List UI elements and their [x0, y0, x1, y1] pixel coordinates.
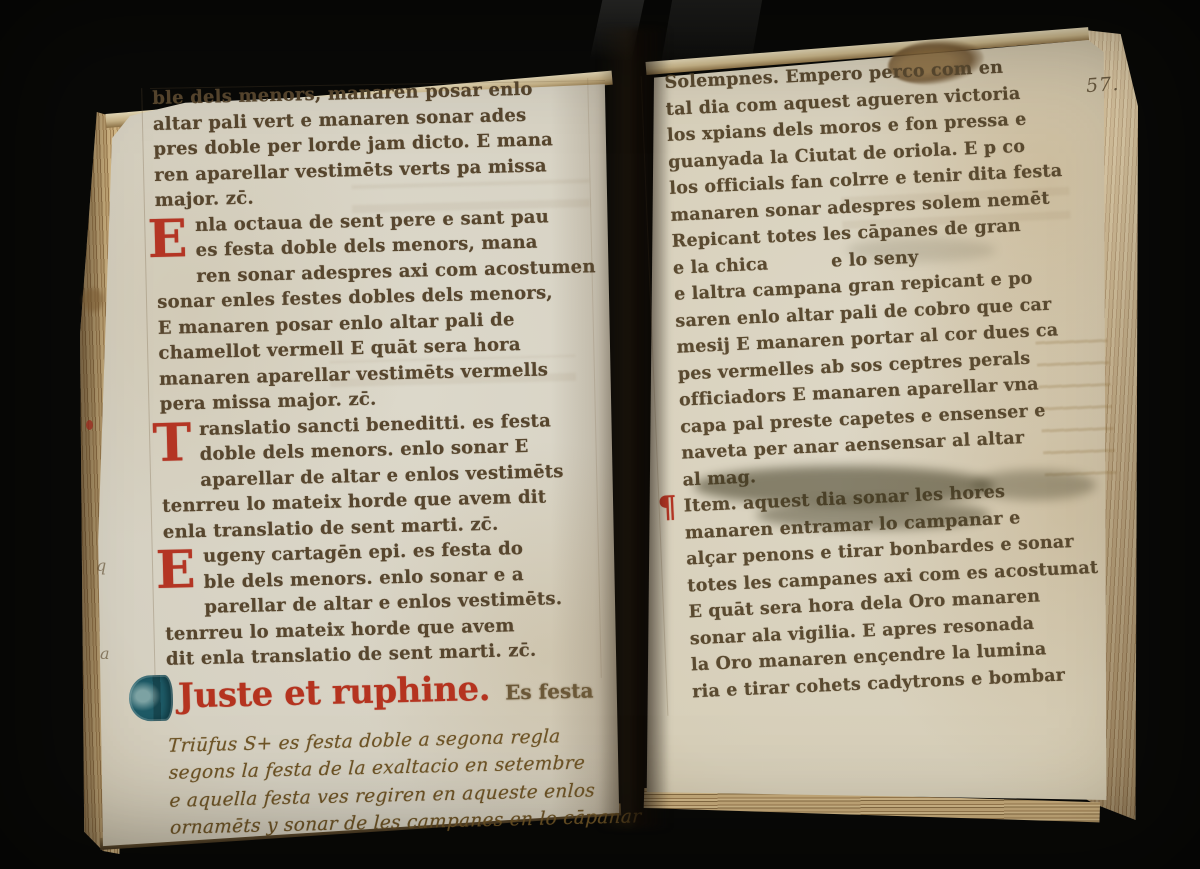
paragraph: E nla octaua de sent pere e sant paues f…	[155, 202, 618, 417]
red-ink-spot	[86, 420, 93, 430]
rubric-heading-line: Juste et ruphine. Es festa	[166, 663, 625, 722]
cursive-addition: Triūfus S+ es festa doble a segona regla…	[168, 721, 629, 842]
folio-number: 57.	[1085, 73, 1120, 97]
margin-mark: q	[96, 556, 106, 575]
paragraph: T ranslatio sancti beneditti. es festado…	[160, 406, 621, 545]
rubricated-initial: E	[155, 545, 204, 597]
rubricated-initial: E	[147, 213, 196, 265]
paragraph: ble dels menors, manaren posar enloaltar…	[152, 75, 613, 214]
paragraph: Solempnes. Empero perco com ental dia co…	[664, 50, 1119, 493]
book-gutter-shadow	[598, 28, 670, 828]
margin-mark: a	[100, 644, 110, 663]
ink-smudge	[972, 470, 1096, 500]
blue-ornament-icon	[128, 674, 173, 721]
manuscript-photograph: ble dels menors, manaren posar enloaltar…	[0, 0, 1200, 869]
right-page-text-block: Solempnes. Empero perco com ental dia co…	[664, 50, 1128, 705]
rubric-heading: Juste et ruphine.	[178, 668, 491, 716]
rubricated-initial: T	[152, 417, 200, 469]
rubric-suffix: Es festa	[505, 678, 594, 704]
parchment-stain	[80, 285, 106, 315]
ink-smudge	[756, 500, 990, 530]
left-page-text-block: ble dels menors, manaren posar enloaltar…	[152, 75, 628, 842]
paragraph: E ugeny cartagēn epi. es festa doble del…	[163, 534, 624, 673]
ink-smudge	[846, 238, 996, 262]
